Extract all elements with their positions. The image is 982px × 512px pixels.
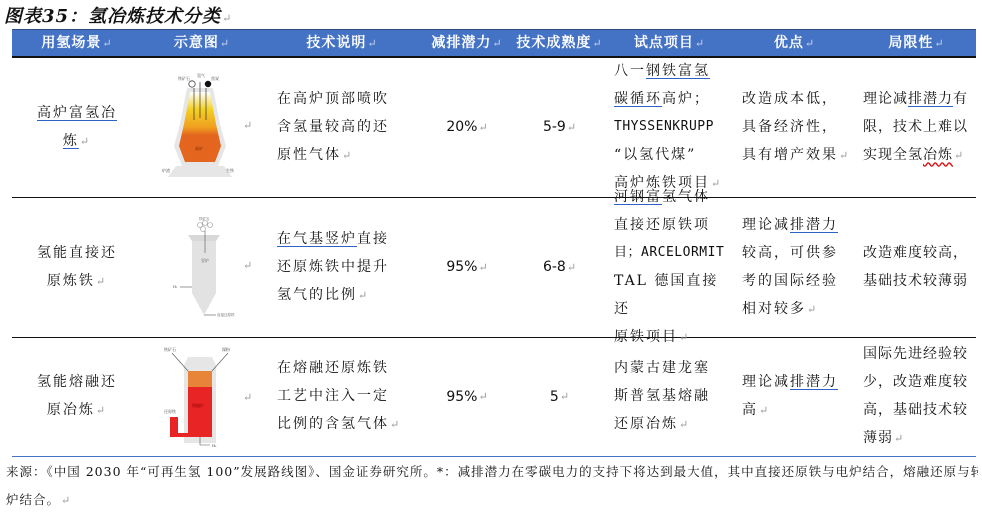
label-shaft: 竖炉 bbox=[201, 257, 209, 263]
label-coal: 煤粉 bbox=[222, 346, 230, 352]
label-slag: 炉渣 bbox=[162, 167, 170, 173]
diagram-cell: 铁矿石 煤粉 熔融炉 还原铁 H₂ ↵ bbox=[142, 337, 262, 456]
scenario-cell: 氢能熔融还 原冶炼↵ bbox=[12, 337, 142, 456]
scenario-text: 炼 bbox=[63, 133, 79, 149]
maturity-cell: 5↵ bbox=[512, 337, 607, 456]
table-row: 氢能熔融还 原冶炼↵ 铁矿石 煤粉 熔融炉 还原铁 H₂ ↵ 在熔融还原炼铁 工… bbox=[12, 337, 976, 457]
pilot-cell: 内蒙古建龙塞 斯普氢基熔融 还原冶炼↵ bbox=[614, 337, 734, 456]
reduction-cell: 20%↵ bbox=[422, 57, 512, 197]
footnote-line-1: 来源：《中国 2030 年“可再生氢 100”发展路线图》、国金证券研究所。*：… bbox=[6, 458, 978, 486]
reduction-cell: 95%↵ bbox=[422, 337, 512, 456]
label-smelter: 熔融炉 bbox=[192, 402, 204, 408]
col-header-maturity: 技术成熟度↵ bbox=[512, 30, 607, 56]
shaft-furnace-diagram: 铁矿石 竖炉 H₂ 直接还原铁 bbox=[172, 217, 242, 322]
table-header: 用氢场景↵ 示意图↵ 技术说明↵ 减排潜力↵ 技术成熟度↵ 试点项目↵ 优点↵ … bbox=[12, 29, 976, 58]
reduction-cell: 95%↵ bbox=[422, 197, 512, 337]
maturity-cell: 5-9↵ bbox=[512, 57, 607, 197]
label-coke: 焦炭 bbox=[211, 75, 219, 81]
scenario-text: 高炉富氢冶 bbox=[37, 105, 117, 121]
label-iron-ore: 铁矿石 bbox=[164, 346, 176, 352]
advantages-cell: 理论减排潜力 较高，可供参 考的国际经验 相对较多↵ bbox=[742, 197, 860, 337]
label-h2: H₂ bbox=[212, 444, 217, 448]
advantages-cell: 改造成本低， 具备经济性， 具有增产效果↵ bbox=[742, 57, 860, 197]
maturity-cell: 6-8↵ bbox=[512, 197, 607, 337]
col-header-reduction: 减排潜力↵ bbox=[422, 30, 512, 56]
col-header-pilot: 试点项目↵ bbox=[607, 30, 732, 56]
figure-title: 图表35：氢冶炼技术分类↵ bbox=[4, 2, 232, 28]
col-header-description: 技术说明↵ bbox=[262, 30, 422, 56]
scenario-cell: 氢能直接还 原炼铁↵ bbox=[12, 197, 142, 337]
diagram-cell: 铁矿石 竖炉 H₂ 直接还原铁 ↵ bbox=[142, 197, 262, 337]
label-iron-ore: 铁矿石 bbox=[199, 217, 210, 221]
pilot-cell: 河钢富氢气体 直接还原铁项 目；ARCELORMIT TAL 德国直接还 原铁项… bbox=[614, 197, 734, 337]
blast-furnace-diagram: 铁矿石 氢气 焦炭 高炉 炉渣 生铁 bbox=[160, 72, 240, 182]
label-hydrogen: 氢气 bbox=[197, 72, 205, 78]
label-furnace: 高炉 bbox=[195, 145, 203, 151]
col-header-diagram: 示意图↵ bbox=[142, 30, 262, 56]
limitations-cell: 理论减排潜力有 限，技术上难以 实现全氢冶炼↵ bbox=[863, 57, 978, 197]
label-reduced-iron: 还原铁 bbox=[164, 408, 176, 414]
limitations-cell: 改造难度较高， 基础技术较薄弱 bbox=[863, 197, 982, 337]
label-h2: H₂ bbox=[173, 285, 178, 289]
table-row: 氢能直接还 原炼铁↵ 铁矿石 竖炉 H₂ 直接还原铁 ↵ 在气基竖炉直接 还原炼… bbox=[12, 197, 976, 338]
description-cell: 在高炉顶部喷吹 含氢量较高的还 原性气体↵ bbox=[277, 57, 422, 197]
description-cell: 在气基竖炉直接 还原炼铁中提升 氢气的比例↵ bbox=[277, 197, 422, 337]
source-footnote: 来源：《中国 2030 年“可再生氢 100”发展路线图》、国金证券研究所。*：… bbox=[6, 458, 978, 512]
col-header-limitations: 局限性↵ bbox=[857, 30, 976, 56]
col-header-scenario: 用氢场景↵ bbox=[12, 30, 142, 56]
smelting-reduction-diagram: 铁矿石 煤粉 熔融炉 还原铁 H₂ bbox=[158, 345, 238, 450]
advantages-cell: 理论减排潜力 高↵ bbox=[742, 337, 860, 456]
col-header-advantages: 优点↵ bbox=[732, 30, 857, 56]
description-cell: 在熔融还原炼铁 工艺中注入一定 比例的含氢气体↵ bbox=[277, 337, 422, 456]
label-iron-ore: 铁矿石 bbox=[178, 75, 190, 81]
table-row: 高炉富氢冶 炼↵ 铁矿石 氢气 焦 bbox=[12, 57, 976, 198]
label-dri: 直接还原铁 bbox=[217, 312, 235, 317]
pilot-cell: 八一钢铁富氢 碳循环高炉； THYSSENKRUPP “以氢代煤” 高炉炼铁项目… bbox=[614, 57, 734, 197]
limitations-cell: 国际先进经验较 少，改造难度较 高，基础技术较 薄弱↵ bbox=[863, 337, 982, 456]
footnote-line-2: 炉结合。↵ bbox=[6, 486, 978, 512]
diagram-cell: 铁矿石 氢气 焦炭 高炉 炉渣 生铁 ↵ bbox=[142, 57, 262, 197]
scenario-cell: 高炉富氢冶 炼↵ bbox=[12, 57, 142, 197]
label-pig-iron: 生铁 bbox=[226, 167, 234, 173]
